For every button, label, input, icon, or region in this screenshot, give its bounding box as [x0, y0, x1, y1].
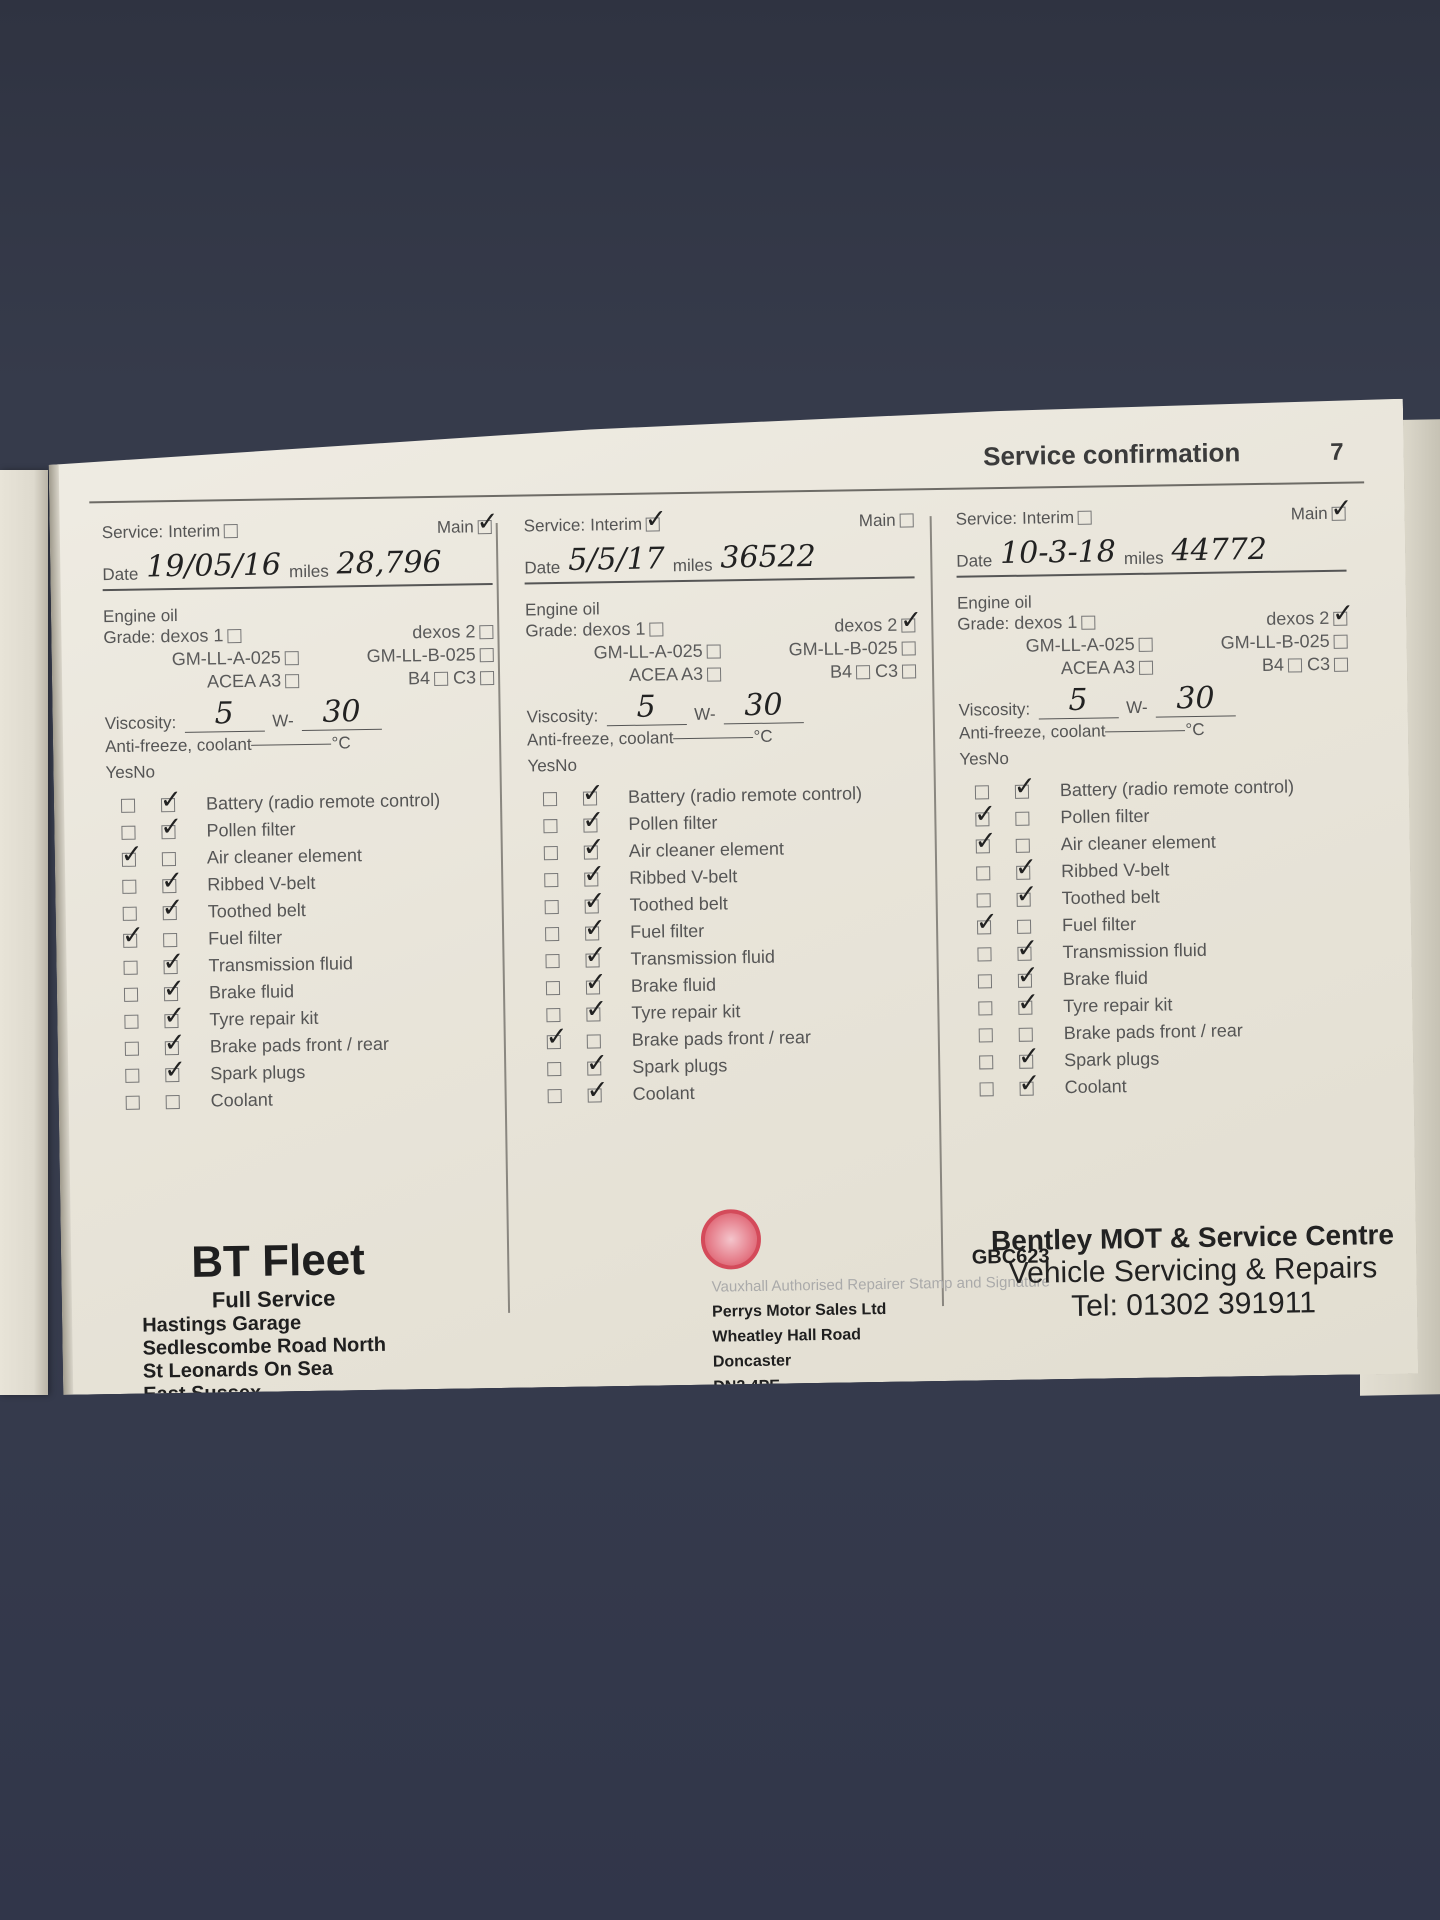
yes-checkbox[interactable]: [978, 1001, 992, 1015]
stamp-address-line: Tel: (01424) 751148: [144, 1426, 388, 1453]
grade-option-gm_a: GM-LL-A-025: [104, 647, 299, 671]
yes-no-header: Yes No: [105, 754, 495, 786]
miles-label: miles: [673, 556, 713, 577]
no-cell: [1002, 919, 1042, 934]
no-cell: [570, 953, 610, 968]
grade-label-gm_a: GM-LL-A-025: [1025, 634, 1134, 656]
no-cell: [569, 872, 609, 887]
antifreeze-label: Anti-freeze, coolant: [105, 735, 252, 757]
no-checkbox[interactable]: [1018, 973, 1032, 987]
grade-option-dexos2: dexos 2: [298, 621, 493, 645]
stamp-tagline: Vehicle Servicing & Repairs: [991, 1251, 1395, 1291]
yes-cell: [960, 812, 1000, 827]
yes-cell: [109, 1014, 149, 1029]
antifreeze-value[interactable]: [674, 736, 754, 738]
no-cell: [146, 824, 186, 839]
yes-cell: [963, 974, 1003, 989]
checklist-item-label: Transmission fluid: [1062, 940, 1207, 963]
no-cell: [146, 797, 186, 812]
grade-checkbox-b4[interactable]: [1288, 659, 1302, 673]
grade-label-gm_b: GM-LL-B-025: [367, 644, 476, 666]
checklist-item-label: Coolant: [633, 1083, 695, 1105]
checklist-item-label: Fuel filter: [630, 921, 704, 943]
yes-checkbox[interactable]: [123, 906, 137, 920]
grade-option-dexos2: dexos 2: [720, 614, 915, 638]
interim-checkbox[interactable]: [224, 524, 238, 538]
stamp-address-line: East Sussex: [143, 1380, 387, 1407]
grade-label: Grade:: [525, 621, 577, 641]
date-value[interactable]: 10-3-18: [1000, 534, 1116, 571]
yes-header: Yes: [959, 749, 987, 769]
no-header: No: [133, 762, 155, 782]
yes-checkbox[interactable]: [121, 825, 135, 839]
grade-option-gm_b: GM-LL-B-025: [1152, 631, 1347, 655]
grade-checkbox-gm_b[interactable]: [480, 648, 494, 662]
yes-cell: [532, 1034, 572, 1049]
grade-label-acea: ACEA A3: [629, 664, 703, 685]
checklist-item-label: Air cleaner element: [629, 838, 784, 861]
deg-c-label: °C: [331, 733, 350, 753]
yes-cell: [961, 866, 1001, 881]
main-group: Main: [437, 516, 492, 538]
yes-checkbox[interactable]: [122, 879, 136, 893]
no-checkbox[interactable]: [587, 1034, 601, 1048]
grade-label-b4: B4: [408, 668, 430, 688]
yes-cell: [964, 1028, 1004, 1043]
no-checkbox[interactable]: [1016, 838, 1030, 852]
deg-c-label: °C: [1185, 720, 1204, 740]
checklist-item-label: Battery (radio remote control): [628, 783, 862, 808]
yes-cell: [532, 1061, 572, 1076]
no-cell: [571, 1007, 611, 1022]
no-cell: [1001, 838, 1041, 853]
yes-cell: [108, 906, 148, 921]
grade-checkbox-b4[interactable]: [434, 672, 448, 686]
yes-checkbox[interactable]: [126, 1095, 140, 1109]
yes-cell: [528, 791, 568, 806]
no-cell: [1004, 1027, 1044, 1042]
grade-label-dexos2: dexos 2: [412, 621, 475, 642]
viscosity-label: Viscosity:: [105, 713, 177, 734]
yes-checkbox[interactable]: [124, 1014, 138, 1028]
w-label: W-: [1126, 698, 1148, 718]
grade-label-dexos1: dexos 1: [160, 625, 223, 646]
yes-no-header: Yes No: [959, 741, 1349, 773]
oil-grade-grid: Grade: dexos 1dexos 2GM-LL-A-025GM-LL-B-…: [525, 614, 916, 687]
yes-checkbox[interactable]: [544, 846, 558, 860]
yes-checkbox[interactable]: [976, 839, 990, 853]
stamp-address-line: Tel:- 01302 364964: [713, 1394, 1052, 1424]
yes-cell: [962, 920, 1002, 935]
viscosity-low-value[interactable]: 5: [606, 689, 687, 726]
checklist: Battery (radio remote control)Pollen fil…: [960, 773, 1355, 1103]
page-title: Service confirmation: [983, 437, 1241, 472]
yes-checkbox[interactable]: [979, 1055, 993, 1069]
no-checkbox[interactable]: [585, 953, 599, 967]
yes-checkbox[interactable]: [545, 927, 559, 941]
checklist-item-label: Air cleaner element: [1061, 832, 1216, 855]
grade-label-gm_b: GM-LL-B-025: [1220, 631, 1329, 653]
yes-checkbox[interactable]: [122, 852, 136, 866]
deg-c-label: °C: [753, 727, 772, 747]
main-group: Main: [1291, 502, 1346, 524]
no-cell: [570, 926, 610, 941]
no-checkbox[interactable]: [1020, 1081, 1034, 1095]
yes-cell: [110, 1068, 150, 1083]
no-cell: [573, 1088, 613, 1103]
main-label: Main: [1291, 503, 1328, 523]
yes-header: Yes: [105, 763, 133, 783]
yes-checkbox[interactable]: [123, 960, 137, 974]
page-header: Service confirmation 7: [983, 436, 1344, 473]
grade-option-gm_a: GM-LL-A-025: [526, 640, 721, 664]
miles-label: miles: [1124, 548, 1164, 569]
no-checkbox[interactable]: [584, 845, 598, 859]
viscosity-high-value[interactable]: 30: [723, 687, 804, 724]
no-checkbox[interactable]: [1016, 865, 1030, 879]
checklist-row: Coolant: [532, 1076, 922, 1109]
no-cell: [149, 1013, 189, 1028]
grade-checkbox-b4[interactable]: [856, 665, 870, 679]
no-cell: [568, 818, 608, 833]
oil-grade-grid: Grade: dexos 1dexos 2GM-LL-A-025GM-LL-B-…: [957, 608, 1348, 681]
yes-checkbox[interactable]: [121, 798, 135, 812]
yes-checkbox[interactable]: [545, 954, 559, 968]
yes-header: Yes: [527, 756, 555, 776]
no-checkbox[interactable]: [162, 852, 176, 866]
grade-label-cell: Grade: dexos 1: [103, 624, 298, 648]
checklist-item-label: Coolant: [211, 1090, 273, 1112]
interim-label: Interim: [1022, 507, 1074, 527]
yes-cell: [962, 947, 1002, 962]
grade-label-gm_a: GM-LL-A-025: [172, 647, 281, 669]
grade-option-acea: ACEA A3: [526, 663, 721, 687]
no-cell: [1000, 811, 1040, 826]
grade-label-dexos1: dexos 1: [1014, 612, 1077, 633]
viscosity-high-value[interactable]: 30: [301, 694, 382, 731]
page-number: 7: [1330, 439, 1344, 467]
miles-value[interactable]: 36522: [720, 539, 816, 575]
grade-checkbox-gm_b[interactable]: [902, 642, 916, 656]
no-checkbox[interactable]: [165, 1041, 179, 1055]
viscosity-low-value[interactable]: 5: [184, 696, 265, 733]
grade-checkbox-gm_b[interactable]: [1334, 635, 1348, 649]
no-cell: [569, 845, 609, 860]
grade-checkbox-c3[interactable]: [902, 665, 916, 679]
date-miles-row: Date5/5/17miles36522: [524, 532, 915, 584]
checklist-item-label: Transmission fluid: [630, 947, 775, 970]
oil-grade-grid: Grade: dexos 1dexos 2GM-LL-A-025GM-LL-B-…: [103, 621, 494, 694]
no-checkbox[interactable]: [1017, 946, 1031, 960]
no-checkbox[interactable]: [162, 879, 176, 893]
service-type-group: Service: Interim: [955, 506, 1092, 529]
grade-label-acea: ACEA A3: [1061, 657, 1135, 678]
grade-b4-c3: B4 C3: [1153, 654, 1348, 678]
grade-checkbox-dexos2[interactable]: [901, 619, 915, 633]
yes-cell: [109, 987, 149, 1002]
main-checkbox[interactable]: [1332, 506, 1346, 520]
grade-checkbox-c3[interactable]: [1334, 658, 1348, 672]
no-checkbox[interactable]: [586, 1007, 600, 1021]
antifreeze-label: Anti-freeze, coolant: [959, 721, 1106, 743]
grade-checkbox-dexos1[interactable]: [1081, 616, 1095, 630]
main-label: Main: [437, 517, 474, 537]
yes-checkbox[interactable]: [125, 1041, 139, 1055]
date-value[interactable]: 5/5/17: [568, 541, 665, 578]
yes-checkbox[interactable]: [979, 1028, 993, 1042]
grade-option-acea: ACEA A3: [958, 657, 1153, 681]
no-cell: [572, 1034, 612, 1049]
grade-checkbox-dexos1[interactable]: [649, 623, 663, 637]
dealer-stamp-bt-fleet: BT Fleet Full Service Hastings Garage Se…: [141, 1235, 388, 1453]
no-checkbox[interactable]: [163, 933, 177, 947]
checklist-item-label: Tyre repair kit: [631, 1001, 740, 1024]
grade-option-gm_b: GM-LL-B-025: [299, 644, 494, 668]
yes-cell: [106, 798, 146, 813]
checklist-item-label: Battery (radio remote control): [1060, 776, 1294, 801]
yes-cell: [961, 839, 1001, 854]
yes-cell: [107, 879, 147, 894]
no-checkbox[interactable]: [166, 1095, 180, 1109]
no-checkbox[interactable]: [163, 906, 177, 920]
interim-checkbox[interactable]: [646, 517, 660, 531]
no-checkbox[interactable]: [586, 980, 600, 994]
checklist-item-label: Brake fluid: [1063, 968, 1148, 990]
no-cell: [1003, 973, 1043, 988]
viscosity-label: Viscosity:: [959, 700, 1031, 721]
date-value[interactable]: 19/05/16: [146, 547, 281, 584]
no-checkbox[interactable]: [164, 1014, 178, 1028]
stamp-address-line: DN2 4PE: [713, 1369, 1052, 1399]
checklist-item-label: Brake fluid: [209, 981, 294, 1003]
grade-b4-c3: B4 C3: [299, 667, 494, 691]
grade-checkbox-acea[interactable]: [707, 668, 721, 682]
no-checkbox[interactable]: [583, 818, 597, 832]
yes-checkbox[interactable]: [123, 933, 137, 947]
stamp-phone: Tel: 01302 391911: [992, 1285, 1396, 1325]
checklist-item-label: Transmission fluid: [208, 953, 353, 976]
no-checkbox[interactable]: [583, 791, 597, 805]
main-label: Main: [859, 510, 896, 530]
checklist-item-label: Brake pads front / rear: [632, 1027, 811, 1051]
grade-option-dexos2: dexos 2: [1152, 608, 1347, 632]
miles-value[interactable]: 28,796: [336, 545, 442, 582]
service-label: Service:: [956, 508, 1018, 528]
no-cell: [150, 1067, 190, 1082]
no-cell: [570, 899, 610, 914]
yes-checkbox[interactable]: [975, 812, 989, 826]
grade-checkbox-dexos2[interactable]: [1333, 612, 1347, 626]
checklist-row: Coolant: [964, 1070, 1354, 1103]
no-cell: [1004, 1054, 1044, 1069]
no-checkbox[interactable]: [1015, 811, 1029, 825]
yes-cell: [962, 893, 1002, 908]
yes-checkbox[interactable]: [546, 981, 560, 995]
checklist-item-label: Ribbed V-belt: [1061, 859, 1169, 882]
checklist: Battery (radio remote control)Pollen fil…: [106, 786, 501, 1116]
yes-checkbox[interactable]: [977, 947, 991, 961]
yes-cell: [531, 1007, 571, 1022]
no-cell: [150, 1040, 190, 1055]
w-label: W-: [272, 711, 294, 731]
yes-checkbox[interactable]: [543, 792, 557, 806]
miles-value[interactable]: 44772: [1171, 532, 1267, 568]
checklist-item-label: Fuel filter: [208, 927, 282, 949]
checklist-item-label: Pollen filter: [1060, 806, 1149, 828]
no-checkbox[interactable]: [161, 798, 175, 812]
checklist-item-label: Tyre repair kit: [1063, 994, 1172, 1017]
yes-cell: [529, 845, 569, 860]
grade-b4-c3: B4 C3: [721, 660, 916, 684]
no-cell: [148, 932, 188, 947]
no-checkbox[interactable]: [163, 960, 177, 974]
grade-checkbox-gm_a[interactable]: [1139, 638, 1153, 652]
miles-label: miles: [289, 562, 329, 583]
yes-checkbox[interactable]: [977, 920, 991, 934]
grade-label-b4: B4: [1262, 655, 1284, 675]
no-checkbox[interactable]: [588, 1088, 602, 1102]
no-checkbox[interactable]: [1017, 892, 1031, 906]
interim-label: Interim: [168, 521, 220, 541]
no-cell: [151, 1094, 191, 1109]
antifreeze-label: Anti-freeze, coolant: [527, 728, 674, 750]
yes-checkbox[interactable]: [547, 1062, 561, 1076]
no-cell: [571, 980, 611, 995]
yes-no-header: Yes No: [527, 747, 917, 779]
checklist-item-label: Coolant: [1064, 1076, 1126, 1098]
no-checkbox[interactable]: [584, 872, 598, 886]
checklist-item-label: Tyre repair kit: [209, 1008, 318, 1031]
antifreeze-value[interactable]: [1105, 730, 1185, 732]
service-record-3: Service: InterimMainDate10-3-18miles4477…: [955, 500, 1354, 1103]
yes-cell: [530, 926, 570, 941]
yes-cell: [108, 933, 148, 948]
antifreeze-value[interactable]: [252, 743, 332, 745]
viscosity-high-value[interactable]: 30: [1155, 680, 1236, 717]
yes-checkbox[interactable]: [978, 974, 992, 988]
checklist-item-label: Fuel filter: [1062, 914, 1136, 936]
yes-checkbox[interactable]: [124, 987, 138, 1001]
no-cell: [1000, 784, 1040, 799]
grade-label-dexos2: dexos 2: [834, 615, 897, 636]
yes-cell: [960, 785, 1000, 800]
yes-checkbox[interactable]: [547, 1035, 561, 1049]
main-group: Main: [859, 509, 914, 531]
viscosity-row: Viscosity:5W-30: [526, 681, 917, 727]
checklist-item-label: Ribbed V-belt: [629, 866, 737, 889]
yes-cell: [533, 1088, 573, 1103]
grade-label-dexos2: dexos 2: [1266, 608, 1329, 629]
checklist-item-label: Toothed belt: [630, 893, 728, 916]
checklist-item-label: Toothed belt: [208, 900, 306, 923]
checklist-item-label: Brake pads front / rear: [210, 1034, 389, 1058]
checklist-item-label: Spark plugs: [632, 1055, 727, 1077]
interim-checkbox[interactable]: [1078, 510, 1092, 524]
yes-checkbox[interactable]: [544, 873, 558, 887]
yes-checkbox[interactable]: [980, 1082, 994, 1096]
no-checkbox[interactable]: [1017, 919, 1031, 933]
no-checkbox[interactable]: [164, 987, 178, 1001]
dealer-stamp-bentley: Bentley MOT & Service Centre Vehicle Ser…: [991, 1219, 1396, 1325]
no-checkbox[interactable]: [1018, 1000, 1032, 1014]
checklist-row: Coolant: [111, 1083, 501, 1116]
main-checkbox[interactable]: [900, 513, 914, 527]
facing-page-edge: [0, 470, 48, 1395]
no-checkbox[interactable]: [585, 899, 599, 913]
grade-label-b4: B4: [830, 661, 852, 681]
service-book-page: Service confirmation 7 Service: InterimM…: [48, 399, 1418, 1395]
no-cell: [1002, 946, 1042, 961]
no-checkbox[interactable]: [587, 1061, 601, 1075]
column-divider: [930, 516, 944, 1306]
grade-label-cell: Grade: dexos 1: [525, 617, 720, 641]
yes-cell: [107, 852, 147, 867]
grade-label-cell: Grade: dexos 1: [957, 611, 1152, 635]
grade-checkbox-acea[interactable]: [1139, 661, 1153, 675]
no-cell: [147, 851, 187, 866]
no-checkbox[interactable]: [161, 825, 175, 839]
yes-checkbox[interactable]: [125, 1068, 139, 1082]
yes-checkbox[interactable]: [546, 1008, 560, 1022]
yes-checkbox[interactable]: [548, 1089, 562, 1103]
grade-option-gm_b: GM-LL-B-025: [721, 637, 916, 661]
no-checkbox[interactable]: [1019, 1054, 1033, 1068]
grade-checkbox-dexos2[interactable]: [479, 625, 493, 639]
checklist-item-label: Brake fluid: [631, 975, 716, 997]
checklist-item-label: Air cleaner element: [207, 845, 362, 868]
yes-cell: [531, 980, 571, 995]
grade-checkbox-c3[interactable]: [480, 671, 494, 685]
no-checkbox[interactable]: [165, 1068, 179, 1082]
book-gutter: [48, 420, 73, 1395]
no-checkbox[interactable]: [1015, 784, 1029, 798]
yes-cell: [110, 1041, 150, 1056]
date-label: Date: [956, 551, 992, 572]
grade-option-acea: ACEA A3: [104, 670, 299, 694]
yes-checkbox[interactable]: [977, 893, 991, 907]
yes-checkbox[interactable]: [543, 819, 557, 833]
stamp-address-line: Sedlescombe Road North: [142, 1334, 386, 1361]
yes-checkbox[interactable]: [976, 866, 990, 880]
no-cell: [1002, 892, 1042, 907]
stamp-address-line: TN37 7PE: [144, 1403, 388, 1430]
grade-checkbox-acea[interactable]: [285, 674, 299, 688]
no-header: No: [987, 749, 1009, 769]
main-checkbox[interactable]: [478, 520, 492, 534]
viscosity-low-value[interactable]: 5: [1038, 682, 1119, 719]
yes-cell: [530, 899, 570, 914]
service-label: Service:: [524, 515, 586, 535]
grade-checkbox-gm_a[interactable]: [707, 645, 721, 659]
service-type-group: Service: Interim: [102, 520, 239, 543]
no-checkbox[interactable]: [1019, 1027, 1033, 1041]
no-cell: [148, 905, 188, 920]
grade-label-c3: C3: [453, 667, 476, 687]
yes-checkbox[interactable]: [545, 900, 559, 914]
service-type-group: Service: Interim: [524, 513, 661, 536]
grade-label-dexos1: dexos 1: [582, 619, 645, 640]
grade-checkbox-dexos1[interactable]: [227, 629, 241, 643]
viscosity-label: Viscosity:: [527, 706, 599, 727]
yes-cell: [529, 872, 569, 887]
grade-checkbox-gm_a[interactable]: [285, 651, 299, 665]
stamp-subtitle: Full Service: [212, 1285, 386, 1314]
yes-checkbox[interactable]: [975, 785, 989, 799]
checklist-item-label: Brake pads front / rear: [1064, 1020, 1243, 1044]
checklist-item-label: Pollen filter: [628, 813, 717, 835]
no-cell: [148, 959, 188, 974]
no-checkbox[interactable]: [585, 926, 599, 940]
